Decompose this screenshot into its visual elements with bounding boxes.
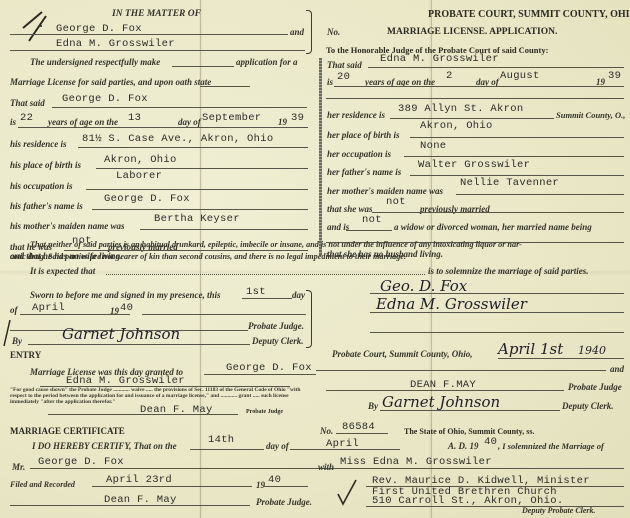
entry-fine-print: "For good cause shown" the Probate Judge…	[10, 387, 310, 405]
bride-age: 20	[337, 71, 350, 83]
deputy-probate-clerk-label: Deputy Probate Clerk.	[522, 506, 596, 515]
groom-mother-label: his mother's maiden name was	[10, 221, 125, 231]
declaration-line-1: That neither of said parties is an habit…	[30, 240, 522, 249]
bride-name: Edna M. Grosswiler	[56, 38, 175, 50]
certificate-number: 86584	[342, 421, 375, 433]
groom-occupation-label: his occupation is	[10, 181, 73, 191]
sworn-day: 1st	[246, 286, 266, 298]
checkmark-icon	[336, 478, 358, 506]
bride-birthplace: Akron, Ohio	[420, 120, 493, 132]
bride-married-label: that she was	[327, 204, 373, 214]
entry-probate-judge-label: Probate Judge	[246, 409, 283, 415]
groom-father-label: his father's name is	[10, 201, 83, 211]
no-label: No.	[327, 27, 340, 37]
mr-value: George D. Fox	[38, 456, 124, 468]
groom-father: George D. Fox	[104, 193, 190, 205]
bride-occupation-label: her occupation is	[327, 149, 391, 159]
and-label: and	[290, 27, 304, 37]
bride-birthplace-label: her place of birth is	[327, 130, 400, 140]
is-label: is	[10, 117, 16, 127]
margin-rule	[319, 58, 322, 256]
checkmark-icon	[18, 8, 48, 43]
intro-text-2: Marriage License for said parties, and u…	[10, 77, 211, 87]
state-text: The State of Ohio, Summit County, ss.	[404, 427, 534, 436]
bride-that-said: Edna M. Grosswiler	[380, 53, 499, 65]
form-title: MARRIAGE LICENSE. APPLICATION.	[387, 27, 557, 37]
year-prefix: 19	[278, 117, 287, 127]
groom-birthplace: Akron, Ohio	[104, 154, 177, 166]
bride-father: Walter Grosswiler	[418, 159, 530, 171]
deputy-signature: Garnet Johnson	[62, 325, 180, 343]
pen-stroke	[2, 318, 12, 348]
groom-residence-label: his residence is	[10, 139, 67, 149]
certificate-heading: MARRIAGE CERTIFICATE	[10, 426, 125, 436]
bride-father-label: her father's name is	[327, 167, 401, 177]
groom-age: 22	[20, 112, 33, 124]
issue-by-label: By	[368, 401, 378, 411]
bracket	[306, 10, 312, 54]
and-label-2: and	[610, 364, 624, 374]
sworn-year: 40	[120, 302, 133, 314]
in-matter-of-heading: IN THE MATTER OF	[112, 9, 201, 19]
bride-widow-status: not	[362, 214, 382, 226]
by-label: By	[12, 336, 22, 346]
bride-birth-year: 39	[608, 70, 621, 82]
certificate-day: 14th	[208, 434, 234, 446]
widow-text: a widow or divorced woman, her married n…	[394, 222, 592, 232]
groom-birth-month: September	[202, 112, 261, 124]
that-said-label: That said	[10, 98, 45, 108]
granted-groom: George D. Fox	[226, 362, 312, 374]
filed-probate-judge-label: Probate Judge.	[256, 497, 312, 507]
expected-label: It is expected that	[30, 266, 95, 276]
bride-mother-label: her mother's maiden name was	[327, 186, 443, 196]
sworn-month: April	[32, 302, 65, 314]
issue-probate-judge-label: Probate Judge	[568, 382, 622, 392]
certificate-year: 40	[484, 436, 497, 448]
intro-text-b: application for a	[236, 57, 298, 67]
mr-label: Mr.	[12, 462, 25, 472]
filed-year: 40	[268, 474, 281, 486]
is-label-right: is	[327, 77, 333, 87]
groom-occupation: Laborer	[116, 170, 162, 182]
issue-year: 1940	[578, 344, 606, 357]
issue-deputy-clerk-label: Deputy Clerk.	[562, 401, 614, 411]
groom-birth-year: 39	[291, 112, 304, 124]
bride-signature: Edna M. Grosswiler	[376, 295, 527, 313]
bride-birth-day: 2	[446, 70, 453, 82]
issue-deputy-signature: Garnet Johnson	[382, 393, 500, 411]
residence-county-label: Summit County, O.,	[556, 110, 625, 120]
filed-label: Filed and Recorded	[10, 480, 75, 489]
solemnized-text: , I solemnized the Marriage of	[498, 441, 604, 451]
that-said-label-right: That said	[327, 60, 362, 70]
years-label: years of age on the	[48, 117, 118, 127]
bracket	[306, 290, 312, 348]
groom-residence: 81½ S. Case Ave., Akron, Ohio	[82, 133, 273, 145]
certificate-day-of-label: day of	[266, 441, 289, 451]
court-header: PROBATE COURT, SUMMIT COUNTY, OHIO	[428, 9, 630, 20]
bride-mother: Nellie Tavenner	[460, 177, 559, 189]
ad-label: A. D. 19	[448, 441, 479, 451]
groom-that-said: George D. Fox	[62, 93, 148, 105]
bride-residence-label: her residence is	[327, 110, 385, 120]
certify-text: I DO HEREBY CERTIFY, That on the	[32, 441, 177, 451]
probate-judge-label: Probate Judge.	[248, 321, 304, 331]
intro-text: The undersigned respectfully make	[30, 57, 160, 67]
church-line-2: 510 Carroll St., Akron, Ohio.	[372, 496, 563, 506]
bride-occupation: None	[420, 140, 446, 152]
day-label: day	[292, 290, 305, 300]
bride-birth-month: August	[500, 70, 540, 82]
issue-date: April 1st	[498, 340, 563, 358]
entry-heading: ENTRY	[10, 350, 41, 360]
deputy-clerk-label: Deputy Clerk.	[252, 336, 304, 346]
sworn-text: Sworn to before me and signed in my pres…	[30, 290, 221, 300]
with-label: with	[318, 462, 334, 472]
filed-year-prefix: 19	[256, 480, 265, 490]
bride-married-status: not	[386, 196, 406, 208]
court-issue-text: Probate Court, Summit County, Ohio,	[332, 349, 472, 359]
certificate-month: April	[326, 438, 359, 450]
solemnize-label: is to solemnize the marriage of said par…	[428, 266, 589, 276]
groom-mother: Bertha Keyser	[154, 213, 240, 225]
bride-residence: 389 Allyn St. Akron	[398, 103, 523, 115]
groom-birthplace-label: his place of birth is	[10, 160, 81, 170]
cert-no-label: No.	[320, 426, 333, 436]
miss-value: Miss Edna M. Grosswiler	[340, 456, 492, 468]
groom-birth-day: 13	[128, 112, 141, 124]
day-of-label: day of	[178, 117, 201, 127]
filed-date: April 23rd	[106, 474, 172, 486]
of-label: of	[10, 305, 18, 315]
declaration-line-2: cotic drug. Said parties are not nearer …	[10, 252, 406, 261]
